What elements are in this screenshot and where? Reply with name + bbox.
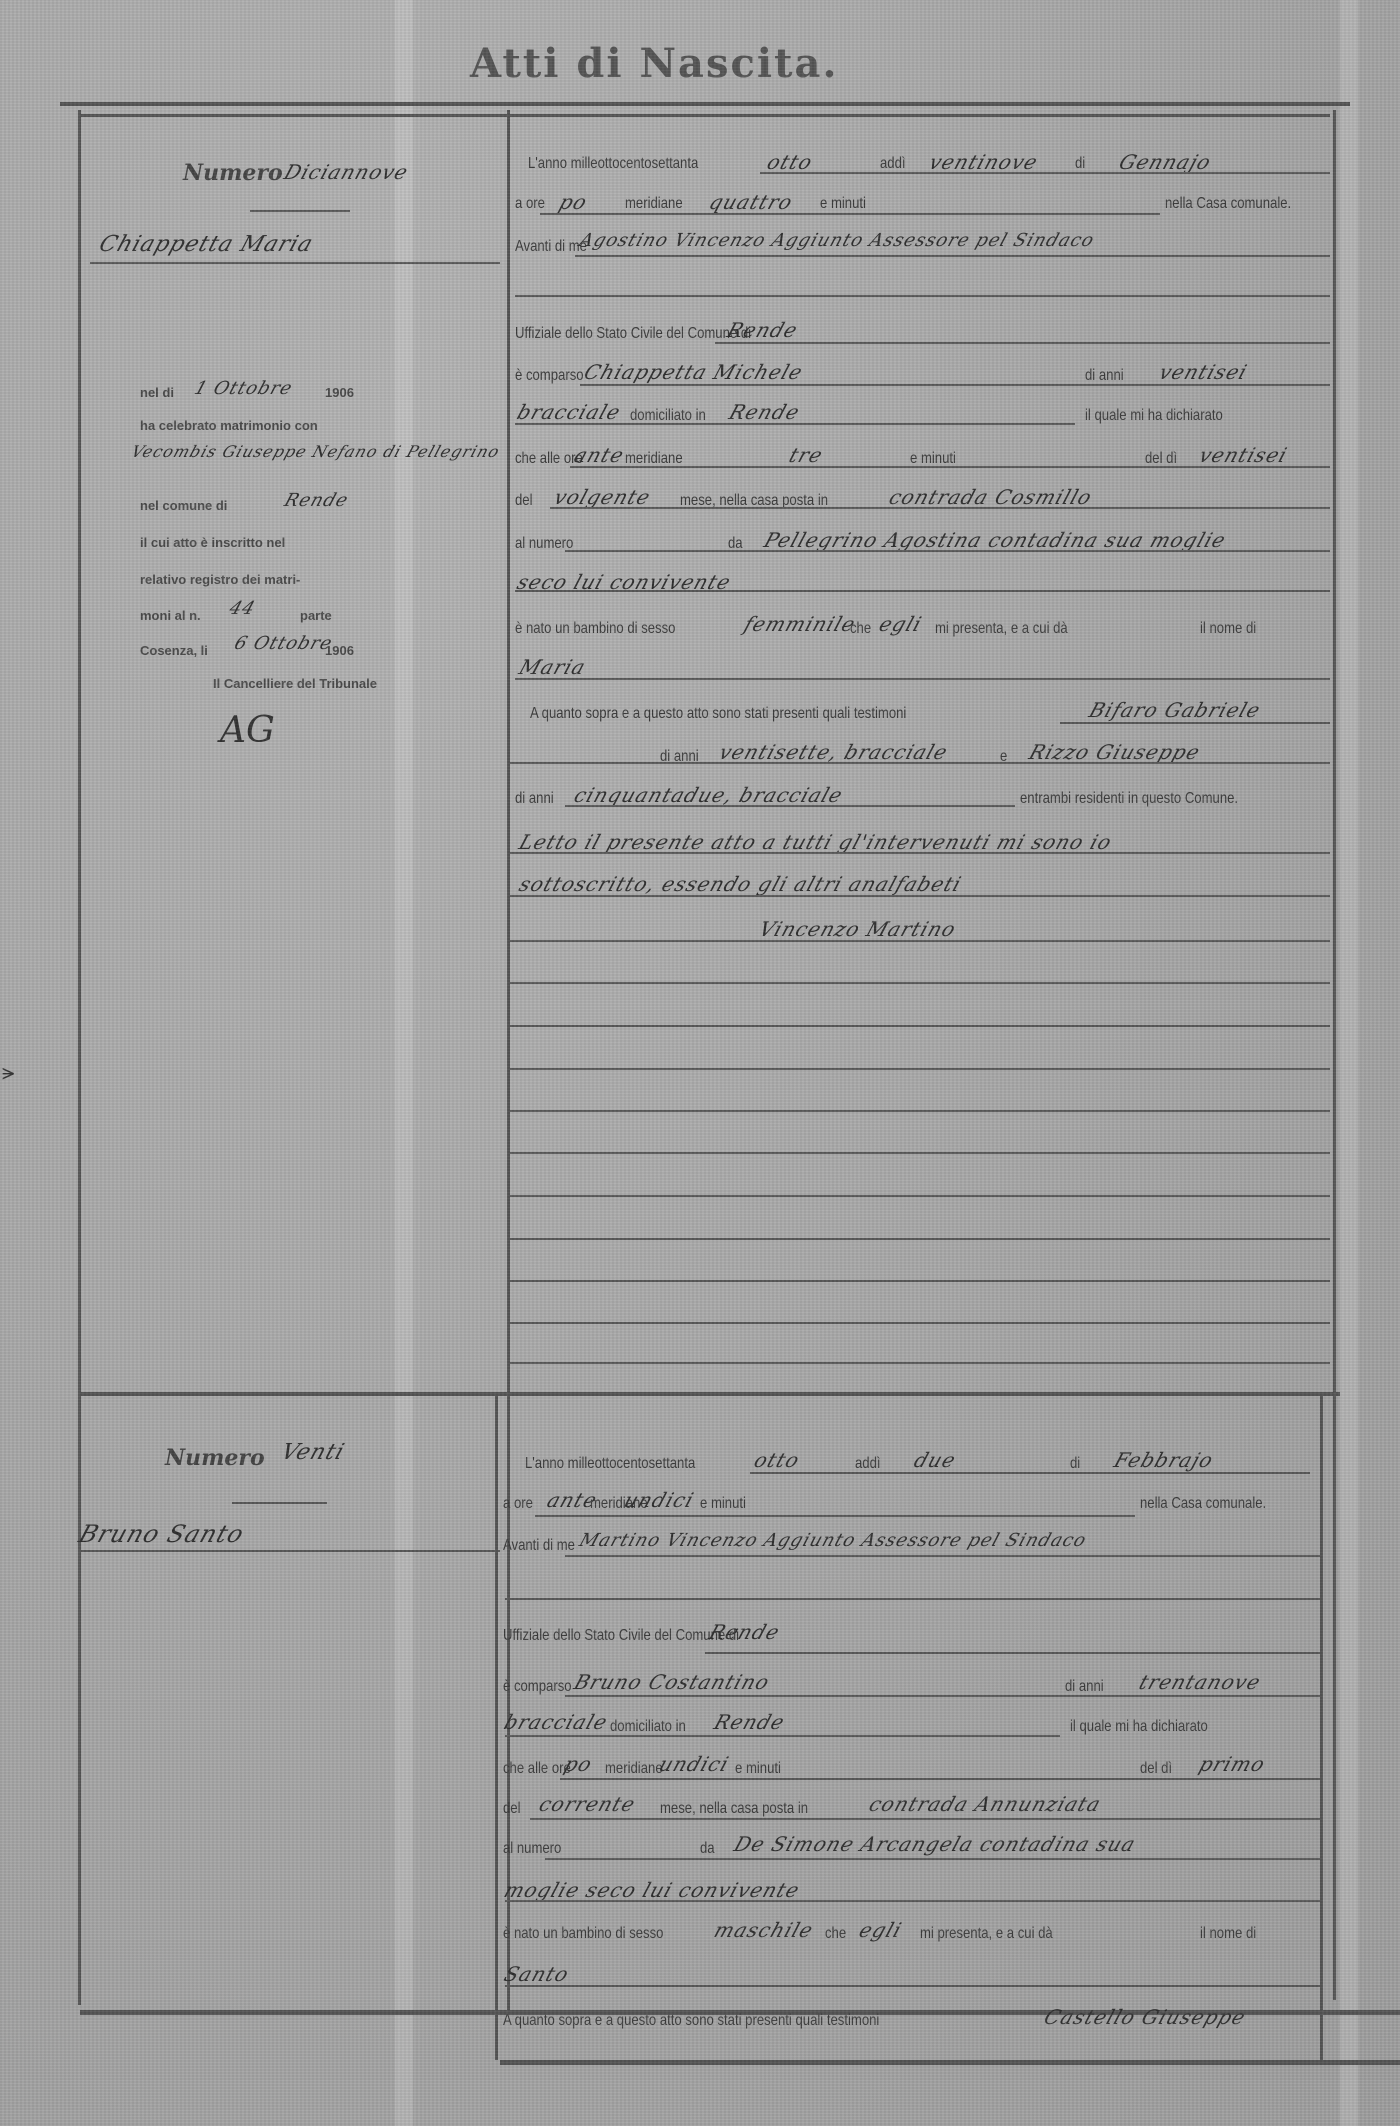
handwritten-text: corrente [536,1792,639,1816]
printed-text: di [1070,1455,1080,1473]
handwritten-text: Febbrajo [1111,1448,1217,1472]
fill-line [510,762,1330,764]
signatory-label: Il Cancelliere del Tribunale [213,676,377,691]
printed-text: L'anno milleottocentosettanta [525,1455,695,1473]
printed-text: del [503,1800,521,1818]
printed-text: del [515,492,533,510]
printed-text: e minuti [735,1760,781,1778]
printed-text: il nome di [1200,1925,1256,1943]
printed-text: meridiane [605,1760,663,1778]
fill-line [505,1598,1320,1600]
numero-label: Numero [183,160,283,186]
handwritten-text: Gennajo [1116,150,1215,174]
fill-line [705,1652,1320,1654]
handwritten-text: Rende [706,1620,783,1644]
fill-line [570,466,1330,468]
handwritten-text: undici [656,1752,732,1776]
printed-text: che [850,620,871,638]
printed-text: L'anno milleottocentosettanta [528,155,698,173]
printed-text: Uffiziale dello Stato Civile del Comune … [515,325,751,343]
top-border-inner [80,114,1330,117]
printed-text: il nome di [1200,620,1256,638]
handwritten-text: Pellegrino Agostina contadina sua moglie [761,528,1229,552]
handwritten-text: sottoscritto, essendo gli altri analfabe… [516,872,965,896]
fill-line [510,852,1330,854]
empty-line [510,1195,1330,1197]
printed-text: il quale mi ha dichiarato [1070,1718,1208,1736]
empty-line [510,1025,1330,1027]
fill-line [505,1985,1320,1987]
printed-text: nella Casa comunale. [1140,1495,1266,1513]
record-divider [80,1392,1340,1396]
printed-text: Uffiziale dello Stato Civile del Comune … [503,1627,739,1645]
fill-line [515,678,1330,680]
fill-line [505,1735,1060,1737]
annotation-text: il cui atto è inscritto nel [140,535,285,550]
fill-line [580,384,1330,386]
handwritten-text: po [556,190,591,214]
handwritten-text: Rizzo Giuseppe [1026,740,1204,764]
fill-line [540,213,1160,215]
numero-label: Numero [165,1445,265,1471]
handwritten-text: ventinove [926,150,1041,174]
handwritten-text: bracciale [514,400,624,424]
column-divider-lower [495,1395,498,2060]
handwritten-text: undici [621,1488,697,1512]
printed-text: di [1075,155,1085,173]
empty-line [510,1322,1330,1324]
empty-line [510,1110,1330,1112]
printed-text: Avanti di me [503,1537,575,1555]
handwritten-text: Rende [726,400,803,424]
handwritten-text: Martino Vincenzo Aggiunto Assessore pel … [577,1530,1090,1551]
handwritten-text: bracciale [501,1710,611,1734]
annotation-text: Cosenza, li [140,643,208,658]
handwritten-text: contrada Cosmillo [886,485,1095,509]
child-given-name: Santo [501,1962,572,1986]
handwritten-text: due [911,1448,959,1472]
signature: AG [220,710,275,751]
fill-line [535,1515,1135,1517]
printed-text: e minuti [820,195,866,213]
printed-text: è nato un bambino di sesso [503,1925,663,1943]
handwritten-text: femminile [741,612,859,636]
handwritten-text: Rende [711,1710,788,1734]
handwritten-text: Rende [724,318,801,342]
annotation-text: relativo registro dei matri- [140,572,300,587]
fill-line [550,507,1330,509]
annotation-hand: Vecombis Giuseppe Nefano di Pellegrino [129,442,503,461]
annotation-hand: 44 [227,598,259,619]
child-name: Chiappetta Maria [96,232,317,257]
annotation-hand: Rende [282,490,352,511]
handwritten-text: egli [876,612,925,636]
handwritten-text: ventisei [1196,443,1291,467]
handwritten-text: maschile [711,1918,817,1942]
fill-line [505,1900,1320,1902]
top-border [60,102,1350,106]
printed-text: di anni [1065,1678,1104,1696]
handwritten-text: De Simone Arcangela contadina sua [731,1832,1139,1856]
handwritten-text: primo [1196,1752,1269,1776]
printed-text: domiciliato in [610,1718,686,1736]
annotation-text: ha celebrato matrimonio con [140,418,318,433]
empty-line [510,1238,1330,1240]
printed-text: mi presenta, e a cui dà [935,620,1068,638]
handwritten-text: volgente [551,485,654,509]
annotation-text: nel comune di [140,498,227,513]
printed-text: che [825,1925,846,1943]
fill-line [1060,722,1330,724]
printed-text: e minuti [700,1495,746,1513]
printed-text: del dì [1140,1760,1172,1778]
separator [90,262,500,264]
child-given-name: Maria [516,655,589,679]
annotation-text: moni al n. [140,608,201,623]
printed-text: il quale mi ha dichiarato [1085,407,1223,425]
document-page: Atti di Nascita. Numero Diciannove Chiap… [0,0,1400,2126]
printed-text: è comparso [515,367,584,385]
annotation-text: parte [300,608,332,623]
annotation-year: 1906 [325,643,354,658]
printed-text: di anni [1085,367,1124,385]
handwritten-text: egli [856,1918,905,1942]
fill-line [565,550,1330,552]
handwritten-text: Bifaro Gabriele [1086,698,1264,722]
separator [232,1502,327,1504]
empty-line [510,1068,1330,1070]
separator [250,210,350,212]
printed-text: a ore [515,195,545,213]
numero-value: Venti [278,1440,348,1465]
fill-line [515,423,1075,425]
handwritten-text: Castello Giuseppe [1041,2005,1249,2029]
handwritten-text: ante [571,443,627,467]
officer-signature: Vincenzo Martino [756,917,959,941]
fill-line [565,805,1015,807]
printed-text: meridiane [625,195,683,213]
empty-line [510,1362,1330,1364]
handwritten-text: ventisei [1156,360,1251,384]
handwritten-text: otto [764,150,816,174]
fill-line [515,295,1330,297]
annotation-hand: 6 Ottobre [232,633,336,654]
printed-text: A quanto sopra e a questo atto sono stat… [503,2012,879,2030]
right-border-lower [1320,1395,1323,2060]
fill-line [545,1858,1320,1860]
right-border [1333,110,1336,2000]
printed-text: Avanti di me [515,238,587,256]
handwritten-text: cinquantadue, bracciale [571,783,846,807]
handwritten-text: moglie seco lui convivente [501,1878,803,1902]
fill-line [575,255,1330,257]
fill-line [510,940,1330,942]
fold-crease [1340,0,1358,2126]
empty-line [510,982,1330,984]
margin-mark-icon: ⪫ [2,1060,14,1085]
fill-line [565,1695,1320,1697]
handwritten-text: Agostino Vincenzo Aggiunto Assessore pel… [577,230,1098,251]
bottom-border-lower [500,2060,1400,2065]
handwritten-text: Letto il presente atto a tutti gl'interv… [516,830,1115,854]
fill-line [750,1472,1310,1474]
printed-text: al numero [503,1840,561,1858]
handwritten-text: ventisette, bracciale [716,740,951,764]
left-border [78,110,81,2005]
annotation-text: nel di [140,385,174,400]
printed-text: addì [880,155,906,173]
fill-line [510,895,1330,897]
page-title: Atti di Nascita. [470,40,838,87]
child-name: Bruno Santo [75,1520,248,1548]
fill-line [515,590,1330,592]
fill-line [760,172,1330,174]
printed-text: nella Casa comunale. [1165,195,1291,213]
printed-text: da [700,1840,715,1858]
printed-text: addì [855,1455,881,1473]
printed-text: è nato un bambino di sesso [515,620,675,638]
printed-text: mese, nella casa posta in [660,1800,808,1818]
printed-text: a ore [503,1495,533,1513]
handwritten-text: trentanove [1136,1670,1264,1694]
printed-text: entrambi residenti in questo Comune. [1020,790,1238,808]
fill-line [565,1555,1320,1557]
fill-line [560,1778,1320,1780]
handwritten-text: quattro [706,190,796,214]
printed-text: A quanto sopra e a questo atto sono stat… [530,705,906,723]
annotation-year: 1906 [325,385,354,400]
handwritten-text: otto [751,1448,803,1472]
empty-line [510,1280,1330,1282]
fold-crease [395,0,413,2126]
annotation-hand: 1 Ottobre [192,378,296,399]
separator [80,1550,500,1552]
printed-text: mi presenta, e a cui dà [920,1925,1053,1943]
printed-text: è comparso [503,1678,572,1696]
handwritten-text: po [561,1752,596,1776]
handwritten-text: Bruno Costantino [571,1670,773,1694]
empty-line [510,1152,1330,1154]
numero-value: Diciannove [281,160,412,184]
fill-line [530,1818,1320,1820]
handwritten-text: contrada Annunziata [866,1792,1104,1816]
printed-text: di anni [515,790,554,808]
fill-line [715,342,1330,344]
handwritten-text: Chiappetta Michele [581,360,806,384]
handwritten-text: tre [786,443,826,467]
